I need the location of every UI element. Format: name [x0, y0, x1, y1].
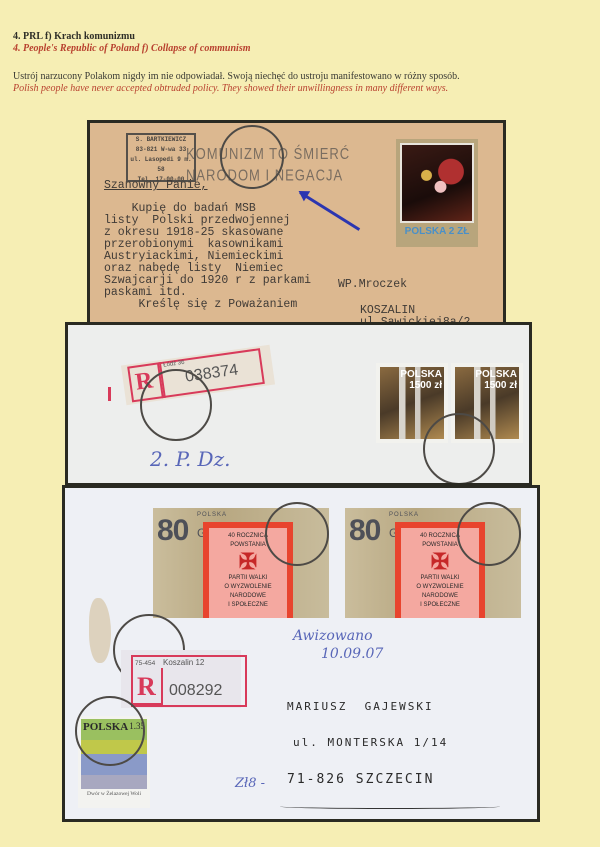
salutation: Szanowny Panie, — [104, 180, 208, 192]
red-mark — [108, 387, 111, 401]
description-en: Polish people have never accepted obtrud… — [13, 83, 448, 94]
body-line: Kreślę się z Poważaniem — [104, 299, 311, 311]
recipient-name: MARIUSZ GAJEWSKI — [287, 700, 434, 713]
panel-line: I SPOŁECZNE — [209, 601, 287, 610]
page-title-pl: 4. PRL f) Krach komunizmu — [13, 31, 135, 42]
postmark-icon — [265, 502, 329, 566]
panel-line: I SPOŁECZNE — [401, 601, 479, 610]
sender-line: 83-821 W-wa 33 — [128, 145, 194, 155]
stamp-country: POLSKA — [400, 369, 442, 380]
nativity-artwork — [400, 143, 474, 223]
stamp-country: POLSKA — [197, 512, 227, 518]
stamp-nativity: POLSKA 2 ZŁ — [396, 139, 478, 247]
panel-line: O WYZWOLENIE — [209, 583, 287, 592]
panel-line: NARODOWE — [209, 592, 287, 601]
recipient-street: ul. MONTERSKA 1/14 — [293, 736, 448, 749]
stamp-value: 1500 zł — [475, 380, 517, 391]
handwritten-note: 2. P. Dz. — [150, 447, 231, 471]
handwritten-note: Awizowano — [293, 628, 373, 644]
panel-line: NARODOWE — [401, 592, 479, 601]
panel-line: PARTII WALKI — [401, 574, 479, 583]
registration-code: 75-454 — [135, 660, 155, 667]
panel-line: O WYZWOLENIE — [401, 583, 479, 592]
handwritten-date: 10.09.07 — [321, 646, 383, 662]
recipient-name: WP.Mroczek — [338, 279, 407, 291]
stamp-caption: Dwór w Żelazowej Woli — [81, 791, 147, 797]
address-prefix: Zł8 - — [235, 776, 265, 791]
registration-label: 75-454 Koszalin 12 R 008292 — [121, 650, 241, 708]
registration-number: 008292 — [169, 682, 222, 700]
stamp-label: POLSKA1500 zł — [475, 369, 517, 391]
stain — [89, 598, 111, 663]
stamp-label: POLSKA1500 zł — [400, 369, 442, 391]
recipient-city: 71-826 SZCZECIN — [287, 772, 434, 787]
registered-envelope: POLSKA 80 GR 40 ROCZNICA POWSTANIA ✠ PAR… — [62, 485, 540, 822]
stamp-value: 80 — [349, 514, 380, 548]
page-title-en: 4. People's Republic of Poland f) Collap… — [13, 43, 251, 54]
letter-body: Kupię do badań MSBlisty Polski przedwoje… — [104, 203, 311, 311]
postmark-icon — [423, 413, 495, 485]
sender-line: ul. Lasopedi 9 m. 58 — [128, 155, 194, 175]
postmark-icon — [75, 696, 145, 766]
registration-office: Koszalin 12 — [163, 658, 204, 667]
registered-envelope-fragment: R Łódź 36 038374 POLSKA1500 zł POLSKA150… — [65, 322, 532, 486]
panel-line: PARTII WALKI — [209, 574, 287, 583]
registration-letter: R — [137, 672, 156, 702]
postmark-icon — [140, 369, 212, 441]
stamp-country: POLSKA — [475, 369, 517, 380]
stamp-value: 80 — [157, 514, 188, 548]
stamp-value: 1500 zł — [400, 380, 442, 391]
postmark-icon — [220, 125, 284, 189]
postmark-icon — [457, 502, 521, 566]
stamp-country: POLSKA — [389, 512, 419, 518]
stamp-value: POLSKA 2 ZŁ — [400, 226, 474, 237]
description-pl: Ustrój narzucony Polakom nigdy im nie od… — [13, 71, 460, 82]
postcard-item: S. BARTKIEWICZ 83-821 W-wa 33 ul. Lasope… — [87, 120, 506, 330]
underline-squiggle — [280, 804, 500, 809]
sender-line: S. BARTKIEWICZ — [128, 135, 194, 145]
